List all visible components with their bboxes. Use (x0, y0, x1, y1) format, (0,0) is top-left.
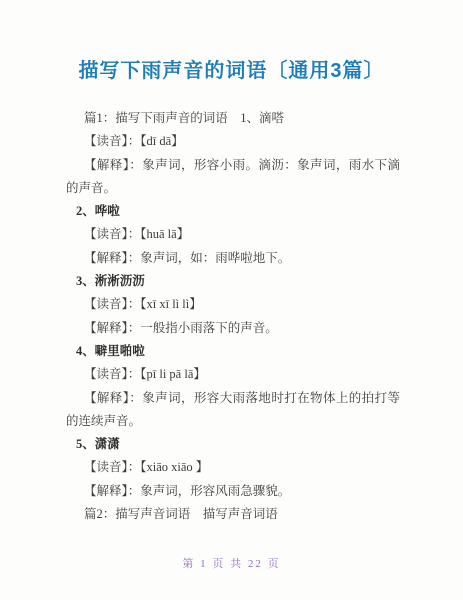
document-body: 篇1：描写下雨声音的词语 1、滴嗒 【读音】：【dī dā】 【解释】：象声词，… (66, 107, 400, 526)
document-page: 描写下雨声音的词语〔通用3篇〕 篇1：描写下雨声音的词语 1、滴嗒 【读音】：【… (0, 0, 463, 600)
explanation-line-pilipala: 【解释】：象声词，形容大雨落地时打在物体上的拍打等的连续声音。 (66, 387, 400, 434)
paragraph-part2-heading: 篇2：描写声音词语 描写声音词语 (66, 503, 400, 526)
page-number-footer: 第 1 页 共 22 页 (0, 555, 463, 571)
explanation-line-dida: 【解释】：象声词，形容小雨。滴沥：象声词，雨水下滴的声音。 (66, 154, 400, 201)
reading-line-pilipala: 【读音】：【pī li pā lā】 (66, 363, 400, 386)
entry-heading-huala: 2、哗啦 (66, 200, 400, 223)
entry-heading-pilipala: 4、噼里啪啦 (66, 340, 400, 363)
entry-heading-xiaoxiao: 5、潇潇 (66, 433, 400, 456)
reading-line-huala: 【读音】：【huā lā】 (66, 223, 400, 246)
document-title: 描写下雨声音的词语〔通用3篇〕 (0, 54, 463, 83)
explanation-line-xixilili: 【解释】：一般指小雨落下的声音。 (66, 317, 400, 340)
reading-line-xiaoxiao: 【读音】：【xiāo xiāo 】 (66, 456, 400, 479)
explanation-line-huala: 【解释】：象声词，如：雨哗啦地下。 (66, 247, 400, 270)
reading-line-xixilili: 【读音】：【xī xī lì lì】 (66, 293, 400, 316)
explanation-line-xiaoxiao: 【解释】：象声词，形容风雨急骤貌。 (66, 480, 400, 503)
paragraph-intro-entry1: 篇1：描写下雨声音的词语 1、滴嗒 (66, 107, 400, 130)
entry-heading-xixilili: 3、淅淅沥沥 (66, 270, 400, 293)
reading-line-dida: 【读音】：【dī dā】 (66, 130, 400, 153)
